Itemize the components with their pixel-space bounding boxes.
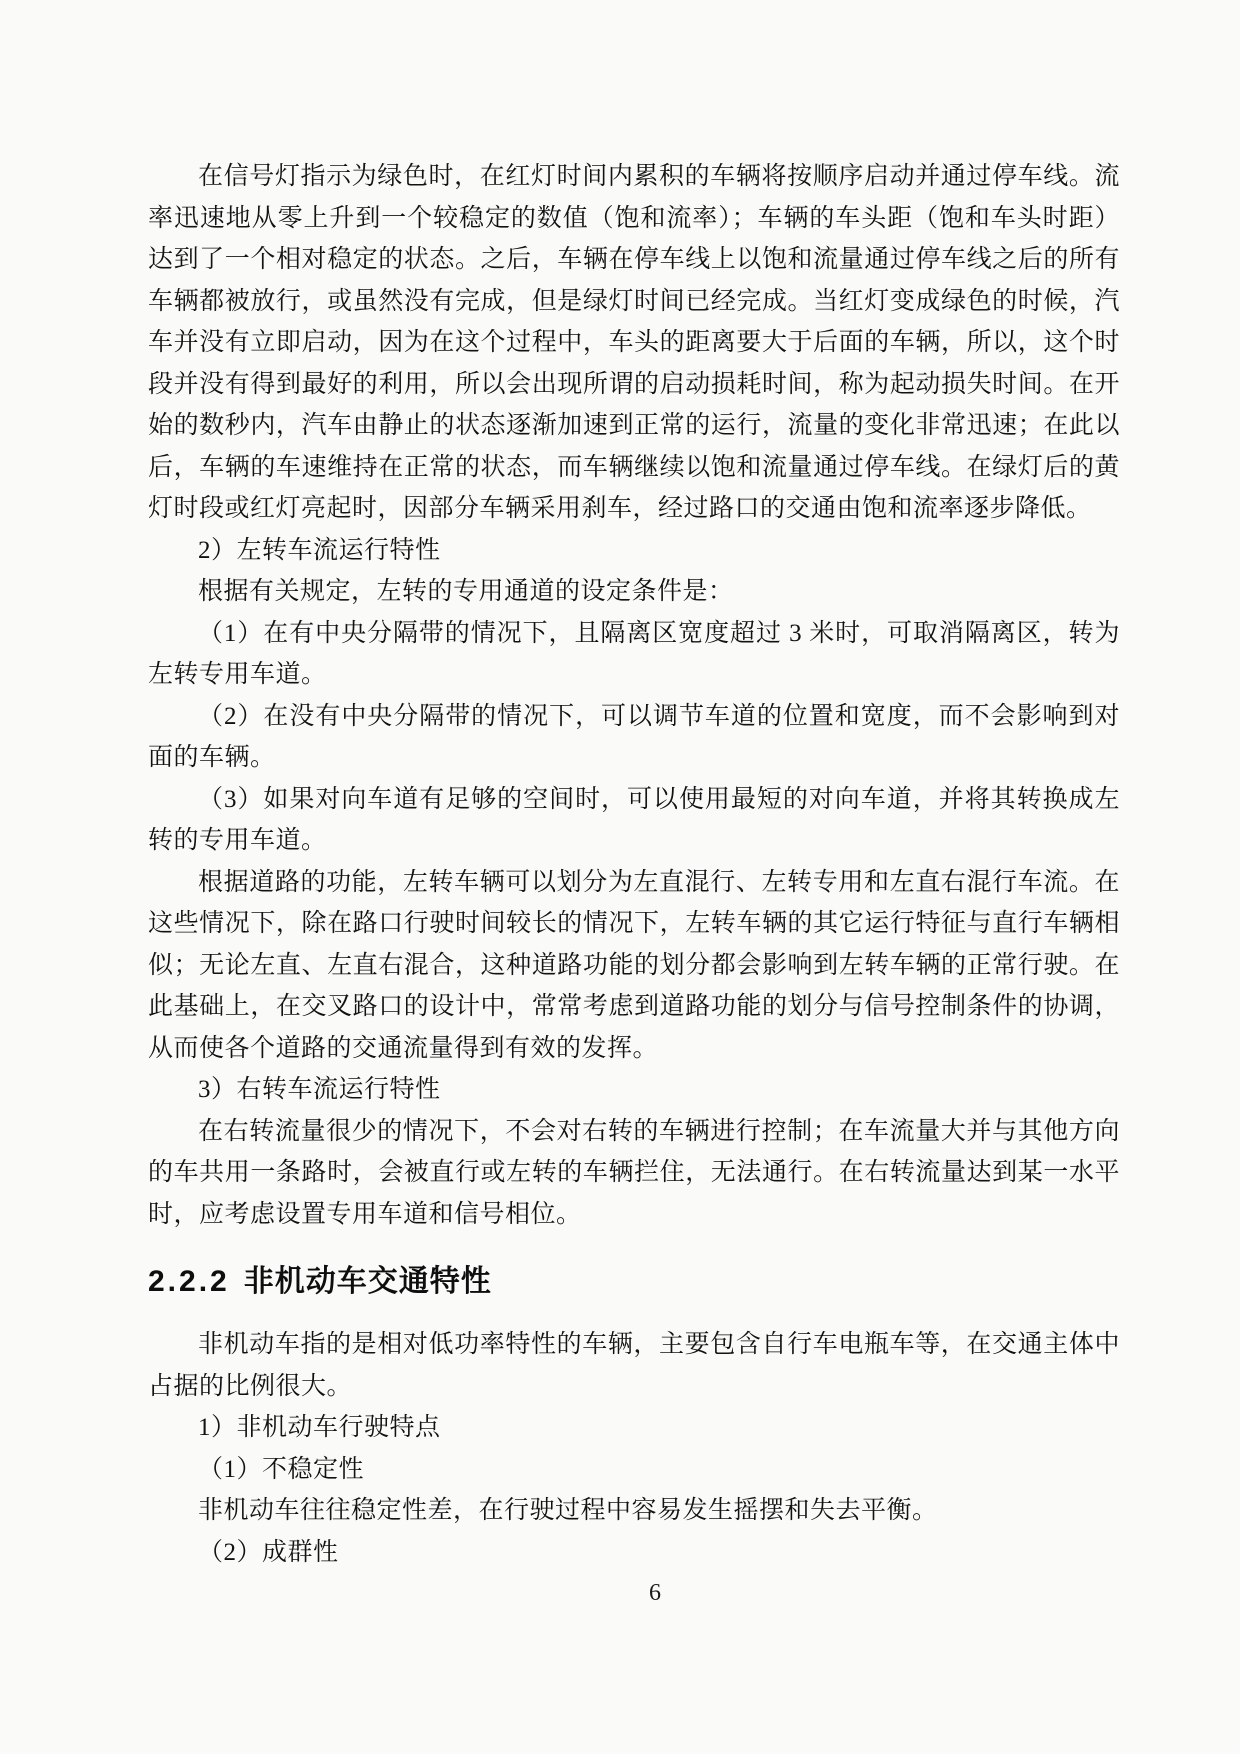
text-column: 在信号灯指示为绿色时，在红灯时间内累积的车辆将按顺序启动并通过停车线。流率迅速地… [148,156,1120,1573]
page-number: 6 [649,1580,661,1606]
paragraph: 非机动车指的是相对低功率特性的车辆，主要包含自行车电瓶车等，在交通主体中占据的比… [148,1324,1120,1407]
list-item: （1）不稳定性 [148,1449,1120,1491]
section-title: 非机动车交通特性 [244,1265,492,1298]
section-heading: 2.2.2非机动车交通特性 [148,1262,1120,1302]
list-item: （2）在没有中央分隔带的情况下，可以调节车道的位置和宽度，而不会影响到对面的车辆… [148,696,1120,779]
paragraph: 在右转流量很少的情况下，不会对右转的车辆进行控制；在车流量大并与其他方向的车共用… [148,1111,1120,1236]
list-item: （3）如果对向车道有足够的空间时，可以使用最短的对向车道，并将其转换成左转的专用… [148,779,1120,862]
section-number: 2.2.2 [148,1265,230,1298]
list-item: （1）在有中央分隔带的情况下，且隔离区宽度超过 3 米时，可取消隔离区，转为左转… [148,613,1120,696]
numbered-subheading: 3）右转车流运行特性 [148,1069,1120,1111]
list-item: （2）成群性 [148,1532,1120,1574]
paragraph: 在信号灯指示为绿色时，在红灯时间内累积的车辆将按顺序启动并通过停车线。流率迅速地… [148,156,1120,530]
numbered-subheading: 1）非机动车行驶特点 [148,1407,1120,1449]
numbered-subheading: 2）左转车流运行特性 [148,530,1120,572]
document-page: 在信号灯指示为绿色时，在红灯时间内累积的车辆将按顺序启动并通过停车线。流率迅速地… [0,0,1240,1754]
page-footer: 6 [0,1578,1240,1608]
paragraph: 根据有关规定，左转的专用通道的设定条件是： [148,571,1120,613]
paragraph: 根据道路的功能，左转车辆可以划分为左直混行、左转专用和左直右混行车流。在这些情况… [148,862,1120,1070]
paragraph: 非机动车往往稳定性差，在行驶过程中容易发生摇摆和失去平衡。 [148,1490,1120,1532]
